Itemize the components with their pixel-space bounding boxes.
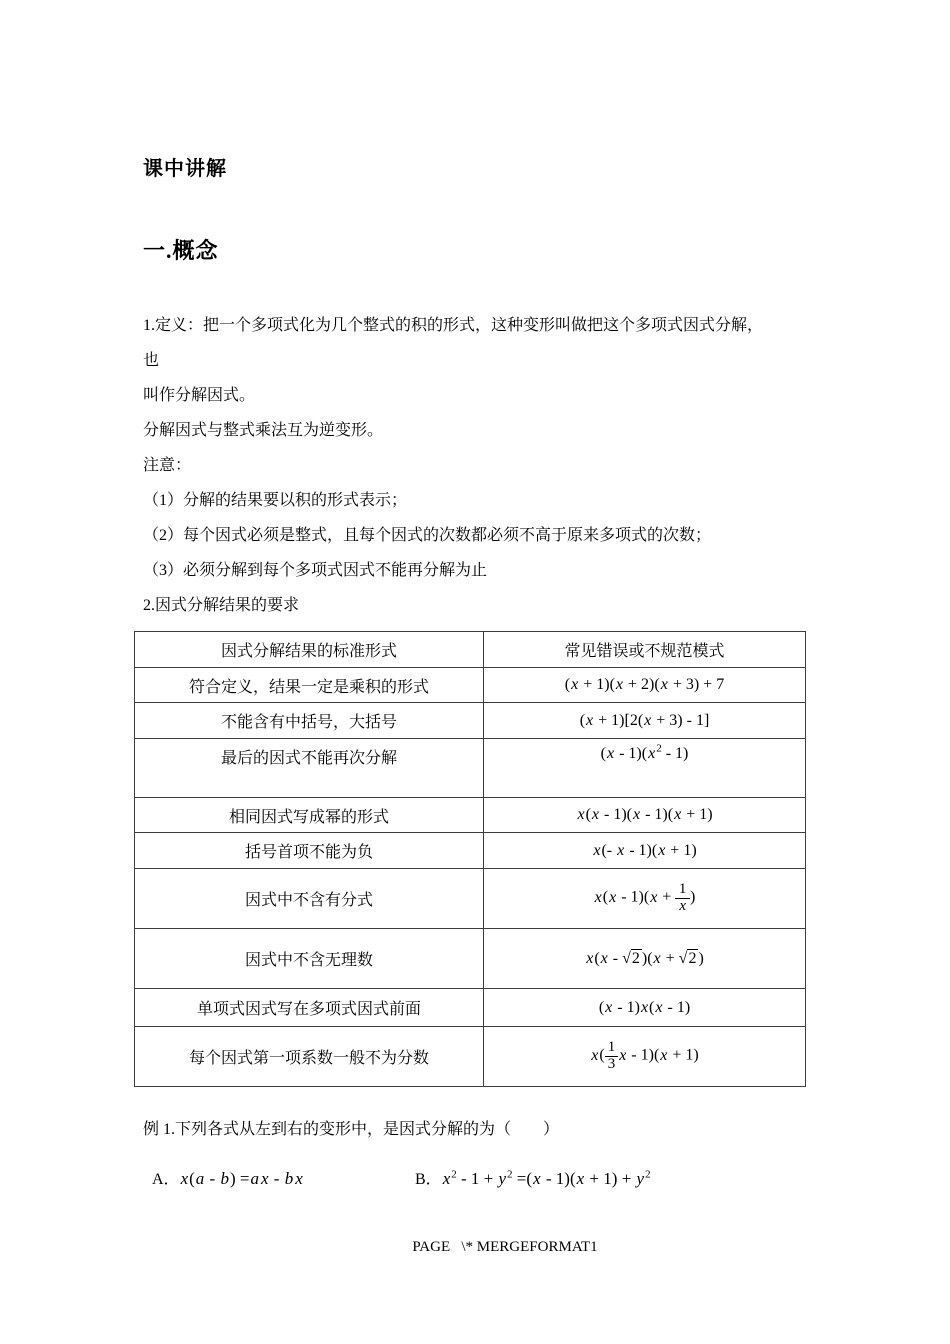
document-page: 课中讲解 一.概念 1.定义：把一个多项式化为几个整式的积的形式，这种变形叫做把…	[0, 0, 950, 1344]
factorization-rules-table: 因式分解结果的标准形式常见错误或不规范模式符合定义，结果一定是乘积的形式(x +…	[134, 631, 806, 1087]
table-row: 每个因式第一项系数一般不为分数x(13x - 1)(x + 1)	[135, 1027, 806, 1087]
table-header-row: 因式分解结果的标准形式常见错误或不规范模式	[135, 632, 806, 668]
option-a-formula: x(a - b) =ax - bx	[180, 1169, 304, 1188]
cell-error-example: (x - 1)(x2 - 1)	[484, 739, 806, 798]
cell-standard-form: 每个因式第一项系数一般不为分数	[135, 1027, 484, 1087]
paragraph-line: （2）每个因式必须是整式，且每个因式的次数都必须不高于原来多项式的次数；	[143, 518, 763, 553]
cell-standard-form: 最后的因式不能再次分解	[135, 739, 484, 798]
cell-error-example: (x + 1)(x + 2)(x + 3) + 7	[484, 668, 806, 703]
table-row: 因式中不含无理数x(x - √2)(x + √2)	[135, 929, 806, 989]
option-b-label: B．	[415, 1171, 442, 1188]
table-row: 相同因式写成幂的形式x(x - 1)(x - 1)(x + 1)	[135, 798, 806, 833]
paragraph-line: 叫作分解因式。	[143, 378, 763, 413]
cell-error-example: x(x - 1)(x - 1)(x + 1)	[484, 798, 806, 833]
cell-error-example: x(- x - 1)(x + 1)	[484, 833, 806, 869]
header-error-col: 常见错误或不规范模式	[484, 632, 806, 668]
cell-standard-form: 符合定义，结果一定是乘积的形式	[135, 668, 484, 703]
cell-error-example: (x - 1)x(x - 1)	[484, 989, 806, 1027]
page-number-footer: PAGE \* MERGEFORMAT1	[412, 1239, 597, 1256]
cell-standard-form: 因式中不含有分式	[135, 869, 484, 929]
table-row: 因式中不含有分式x(x - 1)(x + 1x)	[135, 869, 806, 929]
cell-standard-form: 因式中不含无理数	[135, 929, 484, 989]
paragraph-line: 注意：	[143, 448, 763, 483]
option-b: B．x2 - 1 + y2 =(x - 1)(x + 1) + y2	[415, 1166, 651, 1189]
cell-standard-form: 相同因式写成幂的形式	[135, 798, 484, 833]
table-row: 不能含有中括号，大括号(x + 1)[2(x + 3) - 1]	[135, 703, 806, 739]
cell-error-example: (x + 1)[2(x + 3) - 1]	[484, 703, 806, 739]
paragraph-line: 1.定义：把一个多项式化为几个整式的积的形式，这种变形叫做把这个多项式因式分解，	[143, 308, 763, 343]
paragraph-line: 2.因式分解结果的要求	[143, 588, 763, 623]
paragraph-line: 也	[143, 343, 763, 378]
cell-standard-form: 不能含有中括号，大括号	[135, 703, 484, 739]
concept-section-heading: 一.概念	[143, 234, 219, 265]
table-row: 符合定义，结果一定是乘积的形式(x + 1)(x + 2)(x + 3) + 7	[135, 668, 806, 703]
rules-table-body: 因式分解结果的标准形式常见错误或不规范模式符合定义，结果一定是乘积的形式(x +…	[135, 632, 806, 1087]
example-1-title: 例 1.下列各式从左到右的变形中，是因式分解的为（ ）	[143, 1118, 559, 1142]
paragraph-line: （1）分解的结果要以积的形式表示；	[143, 483, 763, 518]
table-row: 最后的因式不能再次分解(x - 1)(x2 - 1)	[135, 739, 806, 798]
paragraph-line: 分解因式与整式乘法互为逆变形。	[143, 413, 763, 448]
cell-error-example: x(x - 1)(x + 1x)	[484, 869, 806, 929]
cell-standard-form: 单项式因式写在多项式因式前面	[135, 989, 484, 1027]
option-a-label: A．	[152, 1171, 180, 1188]
option-b-formula: x2 - 1 + y2 =(x - 1)(x + 1) + y2	[442, 1169, 651, 1188]
cell-error-example: x(x - √2)(x + √2)	[484, 929, 806, 989]
table-row: 单项式因式写在多项式因式前面(x - 1)x(x - 1)	[135, 989, 806, 1027]
paragraph-line: （3）必须分解到每个多项式因式不能再分解为止	[143, 553, 763, 588]
definition-paragraphs: 1.定义：把一个多项式化为几个整式的积的形式，这种变形叫做把这个多项式因式分解，…	[143, 308, 763, 623]
cell-error-example: x(13x - 1)(x + 1)	[484, 1027, 806, 1087]
lesson-heading: 课中讲解	[143, 152, 227, 181]
header-standard-col: 因式分解结果的标准形式	[135, 632, 484, 668]
table-row: 括号首项不能为负x(- x - 1)(x + 1)	[135, 833, 806, 869]
option-a: A．x(a - b) =ax - bx	[152, 1166, 304, 1189]
cell-standard-form: 括号首项不能为负	[135, 833, 484, 869]
